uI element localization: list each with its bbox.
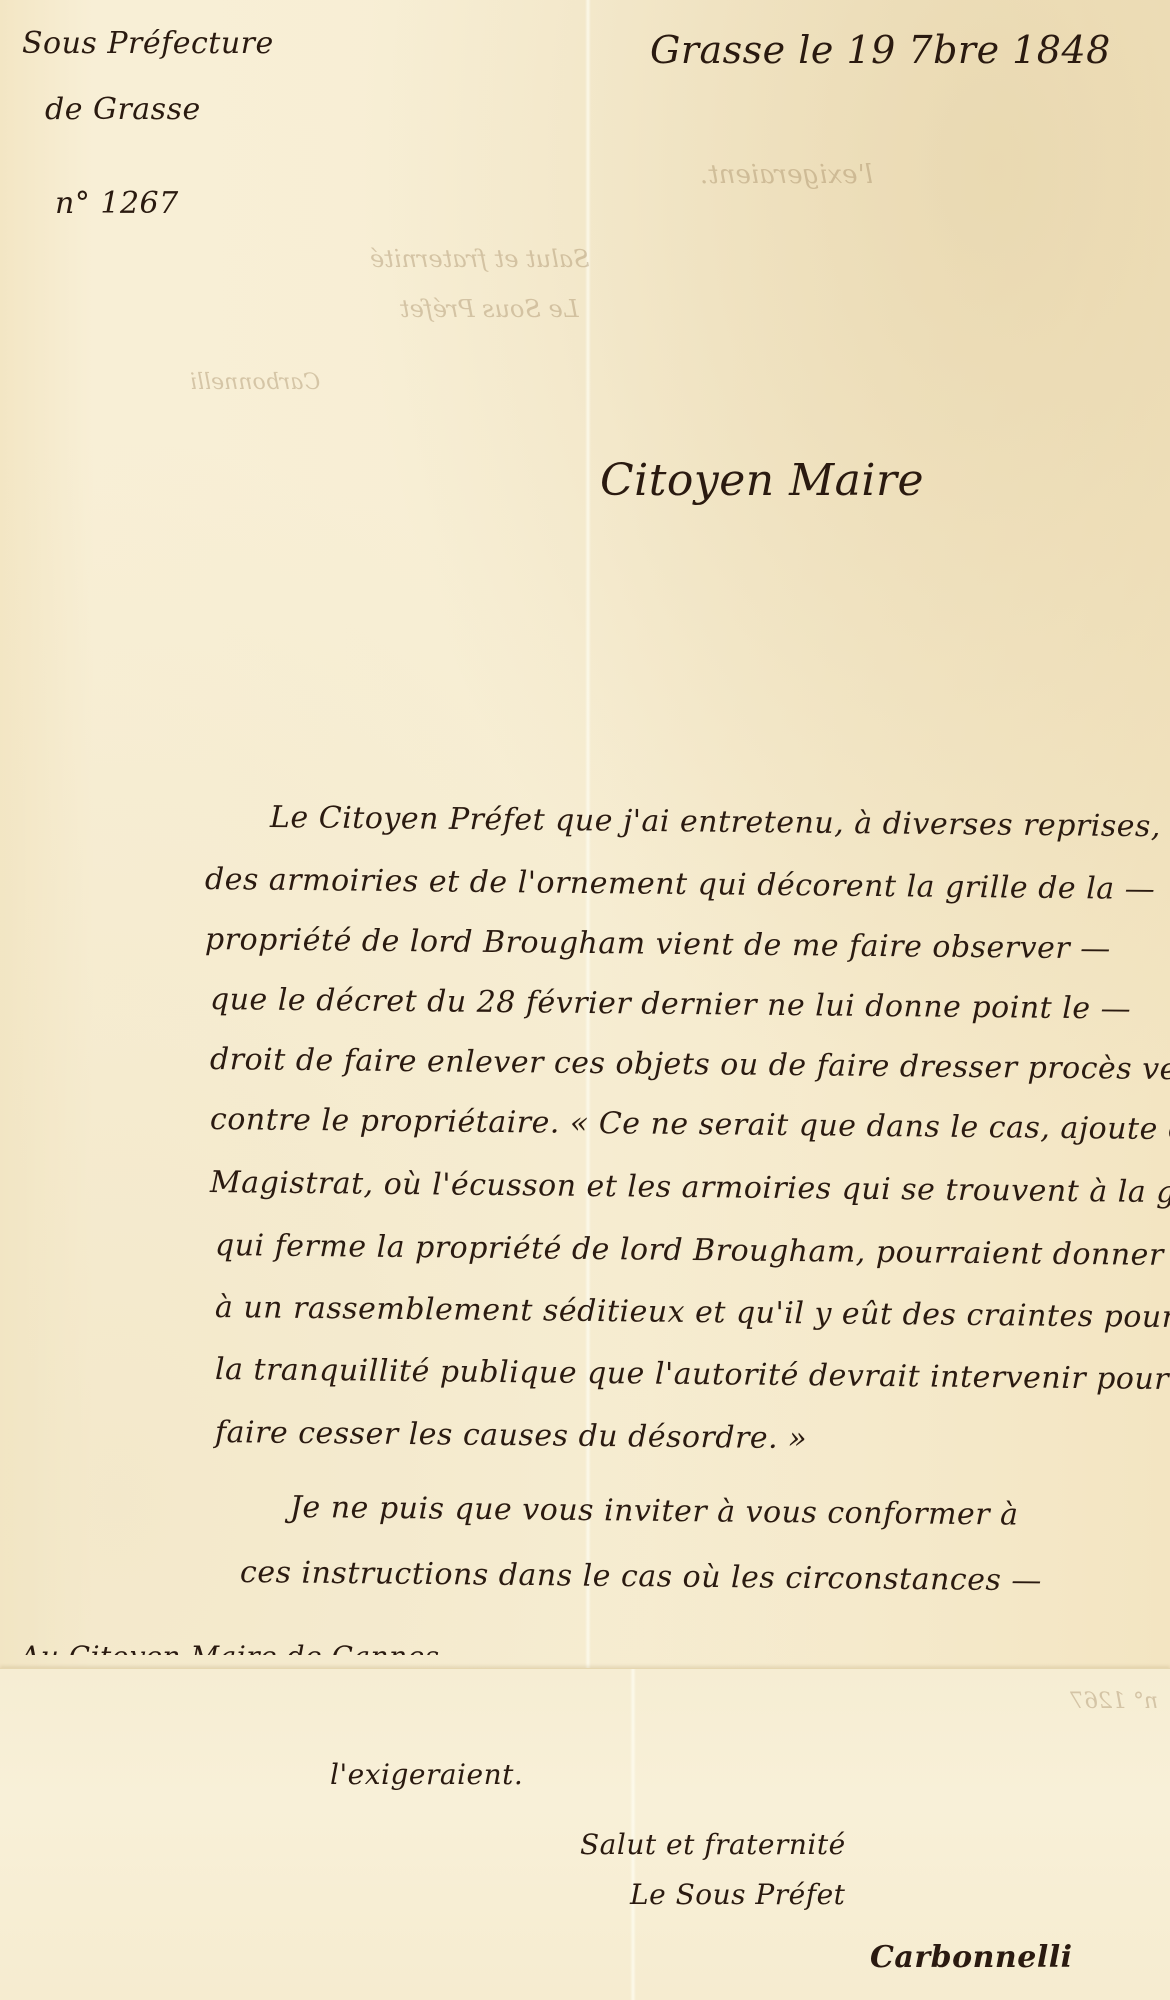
body-line: Je ne puis que vous inviter à vous confo… <box>290 1490 1019 1533</box>
bleed-through-text: Salut et fraternité <box>370 245 590 273</box>
body-line: faire cesser les causes du désordre. » <box>215 1415 807 1456</box>
body-line: Le Citoyen Préfet que j'ai entretenu, à … <box>270 800 1161 844</box>
letter-upper-sheet: Sous Préfecture de Grasse n° 1267 Grasse… <box>0 0 1170 1668</box>
bleed-through-text: l'exigeraient. <box>700 160 873 190</box>
signatory-title: Le Sous Préfet <box>630 1878 845 1911</box>
body-line: à un rassemblement séditieux et qu'il y … <box>215 1290 1170 1335</box>
body-line: ces instructions dans le cas où les circ… <box>240 1555 1042 1598</box>
salutation: Citoyen Maire <box>600 455 924 506</box>
body-line: droit de faire enlever ces objets ou de … <box>210 1042 1170 1088</box>
bleed-through-text: Carbonnelli <box>190 370 320 395</box>
body-line: qui ferme la propriété de lord Brougham,… <box>215 1228 1170 1274</box>
body-line-continuation: l'exigeraient. <box>330 1758 523 1791</box>
letter-date: Grasse le 19 7bre 1848 <box>650 28 1111 72</box>
reference-number: n° 1267 <box>55 186 179 221</box>
bleed-through-text: n° 1267 <box>1070 1689 1158 1714</box>
body-line: des armoiries et de l'ornement qui décor… <box>205 862 1156 907</box>
body-line: la tranquillité publique que l'autorité … <box>215 1352 1170 1397</box>
office-line-1: Sous Préfecture <box>22 26 274 61</box>
body-line: contre le propriétaire. « Ce ne serait q… <box>210 1102 1170 1147</box>
bleed-through-text: Le Sous Préfet <box>400 295 579 323</box>
body-line: Magistrat, où l'écusson et les armoiries… <box>210 1165 1170 1211</box>
signature: Carbonnelli <box>870 1940 1073 1975</box>
closing-salutation: Salut et fraternité <box>580 1828 846 1861</box>
body-line: que le décret du 28 février dernier ne l… <box>210 982 1131 1027</box>
body-line: propriété de lord Brougham vient de me f… <box>205 922 1111 966</box>
office-line-2: de Grasse <box>45 92 201 127</box>
